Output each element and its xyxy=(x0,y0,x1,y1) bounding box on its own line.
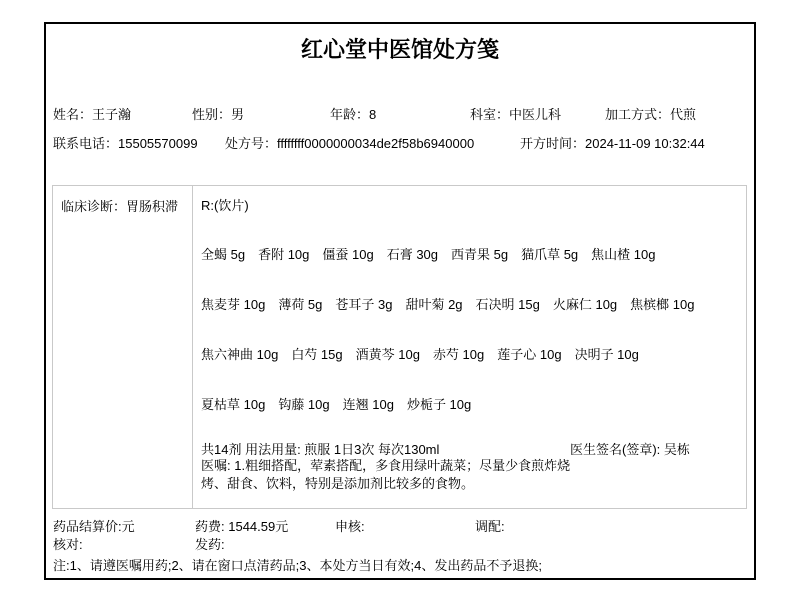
patient-field-label: 处方号： xyxy=(225,136,277,151)
medicine-item: 赤芍 10g xyxy=(433,347,484,362)
medicine-row: 焦六神曲 10g白芍 15g酒黄芩 10g赤芍 10g莲子心 10g决明子 10… xyxy=(201,344,742,363)
medicine-item: 石膏 30g xyxy=(387,247,438,262)
patient-field-label: 性别： xyxy=(192,107,231,122)
medicine-row: 全蝎 5g香附 10g僵蚕 10g石膏 30g西青果 5g猫爪草 5g焦山楂 1… xyxy=(201,244,742,263)
medicine-item: 酒黄芩 10g xyxy=(356,347,420,362)
medicine-row: 夏枯草 10g钩藤 10g连翘 10g炒栀子 10g xyxy=(201,394,742,413)
medicine-item: 决明子 10g xyxy=(575,347,639,362)
settlement-field-label: 发药: xyxy=(195,537,225,552)
settlement-field-label: 药费: xyxy=(195,519,228,534)
medicine-item: 火麻仁 10g xyxy=(553,297,617,312)
patient-field-value: 代煎 xyxy=(670,107,696,122)
medicine-item: 连翘 10g xyxy=(343,397,394,412)
doctor-signature: 医生签名(签章): 吴栋 xyxy=(570,439,690,458)
rx-header: R:(饮片) xyxy=(201,195,249,214)
patient-field-label: 联系电话： xyxy=(53,136,118,151)
patient-field-label: 年龄： xyxy=(330,107,369,122)
footer-note: 注:1、请遵医嘱用药;2、请在窗口点清药品;3、本处方当日有效;4、发出药品不予… xyxy=(53,555,542,574)
medicine-item: 香附 10g xyxy=(258,247,309,262)
medicine-item: 石决明 15g xyxy=(476,297,540,312)
medical-advice: 医嘱: 1.粗细搭配，荤素搭配，多食用绿叶蔬菜；尽量少食煎炸烧烤、甜食、饮料，特… xyxy=(201,457,573,493)
patient-field-value: 8 xyxy=(369,107,376,122)
patient-info-row-1: 姓名：王子瀚性别：男年龄：8科室：中医儿科加工方式：代煎 xyxy=(46,107,754,123)
settlement-field: 申核: xyxy=(335,519,365,535)
settlement-field: 发药: xyxy=(195,537,225,553)
settlement-field-label: 申核: xyxy=(335,519,365,534)
patient-field-value: ffffffff0000000034de2f58b6940000 xyxy=(277,136,474,151)
settlement-field-value: 元 xyxy=(122,519,135,534)
patient-field: 处方号：ffffffff0000000034de2f58b6940000 xyxy=(225,136,474,152)
diagnosis-column: 临床诊断：胃肠积滞 xyxy=(53,186,193,508)
medicine-item: 甜叶菊 2g xyxy=(405,297,462,312)
patient-field-value: 王子瀚 xyxy=(92,107,131,122)
patient-field: 加工方式：代煎 xyxy=(605,107,696,123)
settlement-field: 调配: xyxy=(475,519,505,535)
medicine-item: 夏枯草 10g xyxy=(201,397,265,412)
medicine-item: 西青果 5g xyxy=(451,247,508,262)
patient-field: 联系电话：15505570099 xyxy=(53,136,198,152)
settlement-field-label: 核对: xyxy=(53,537,83,552)
dosage-usage: 共14剂 用法用量: 煎服 1日3次 每次130ml xyxy=(201,439,439,458)
settlement-field: 药费: 1544.59元 xyxy=(195,519,288,535)
medicine-item: 焦麦芽 10g xyxy=(201,297,265,312)
doctor-signature-label: 医生签名(签章): xyxy=(570,442,664,457)
settlement-field-label: 药品结算价: xyxy=(53,519,122,534)
page-title: 红心堂中医馆处方笺 xyxy=(46,33,754,64)
patient-field-label: 姓名： xyxy=(53,107,92,122)
patient-field-label: 加工方式： xyxy=(605,107,670,122)
patient-field-value: 2024-11-09 10:32:44 xyxy=(585,136,705,151)
medicine-item: 苍耳子 3g xyxy=(335,297,392,312)
patient-field-value: 男 xyxy=(231,107,244,122)
patient-info-row-2: 联系电话：15505570099处方号：ffffffff0000000034de… xyxy=(46,136,754,152)
settlement-row-2: 核对:发药: xyxy=(46,537,754,553)
patient-field-label: 开方时间： xyxy=(520,136,585,151)
diagnosis-value: 胃肠积滞 xyxy=(126,199,178,214)
patient-field-value: 15505570099 xyxy=(118,136,198,151)
settlement-row-1: 药品结算价:元药费: 1544.59元申核:调配: xyxy=(46,519,754,535)
medicine-item: 薄荷 5g xyxy=(278,297,322,312)
doctor-signature-value: 吴栋 xyxy=(664,442,690,457)
patient-field: 性别：男 xyxy=(192,107,244,123)
medicine-item: 焦槟榔 10g xyxy=(630,297,694,312)
patient-field-label: 科室： xyxy=(470,107,509,122)
prescription-body-box: 临床诊断：胃肠积滞 R:(饮片) 全蝎 5g香附 10g僵蚕 10g石膏 30g… xyxy=(52,185,747,509)
clinical-diagnosis: 临床诊断：胃肠积滞 xyxy=(61,196,178,215)
patient-field: 年龄：8 xyxy=(330,107,376,123)
settlement-field: 核对: xyxy=(53,537,83,553)
medicine-item: 焦六神曲 10g xyxy=(201,347,278,362)
medicine-item: 焦山楂 10g xyxy=(591,247,655,262)
settlement-field-value: 1544.59元 xyxy=(228,519,288,534)
medicine-item: 炒栀子 10g xyxy=(407,397,471,412)
medicine-item: 猫爪草 5g xyxy=(521,247,578,262)
patient-field: 姓名：王子瀚 xyxy=(53,107,131,123)
diagnosis-label: 临床诊断： xyxy=(61,199,126,214)
patient-field: 科室：中医儿科 xyxy=(470,107,561,123)
medicine-item: 莲子心 10g xyxy=(497,347,561,362)
medicine-item: 钩藤 10g xyxy=(278,397,329,412)
patient-field: 开方时间：2024-11-09 10:32:44 xyxy=(520,136,705,152)
settlement-field: 药品结算价:元 xyxy=(53,519,135,535)
medicine-row: 焦麦芽 10g薄荷 5g苍耳子 3g甜叶菊 2g石决明 15g火麻仁 10g焦槟… xyxy=(201,294,742,313)
medicine-item: 僵蚕 10g xyxy=(322,247,373,262)
settlement-field-label: 调配: xyxy=(475,519,505,534)
medicine-item: 白芍 15g xyxy=(291,347,342,362)
rx-column: R:(饮片) 全蝎 5g香附 10g僵蚕 10g石膏 30g西青果 5g猫爪草 … xyxy=(193,186,746,508)
prescription-sheet: 红心堂中医馆处方笺 姓名：王子瀚性别：男年龄：8科室：中医儿科加工方式：代煎 联… xyxy=(44,22,756,580)
medicine-item: 全蝎 5g xyxy=(201,247,245,262)
patient-field-value: 中医儿科 xyxy=(509,107,561,122)
